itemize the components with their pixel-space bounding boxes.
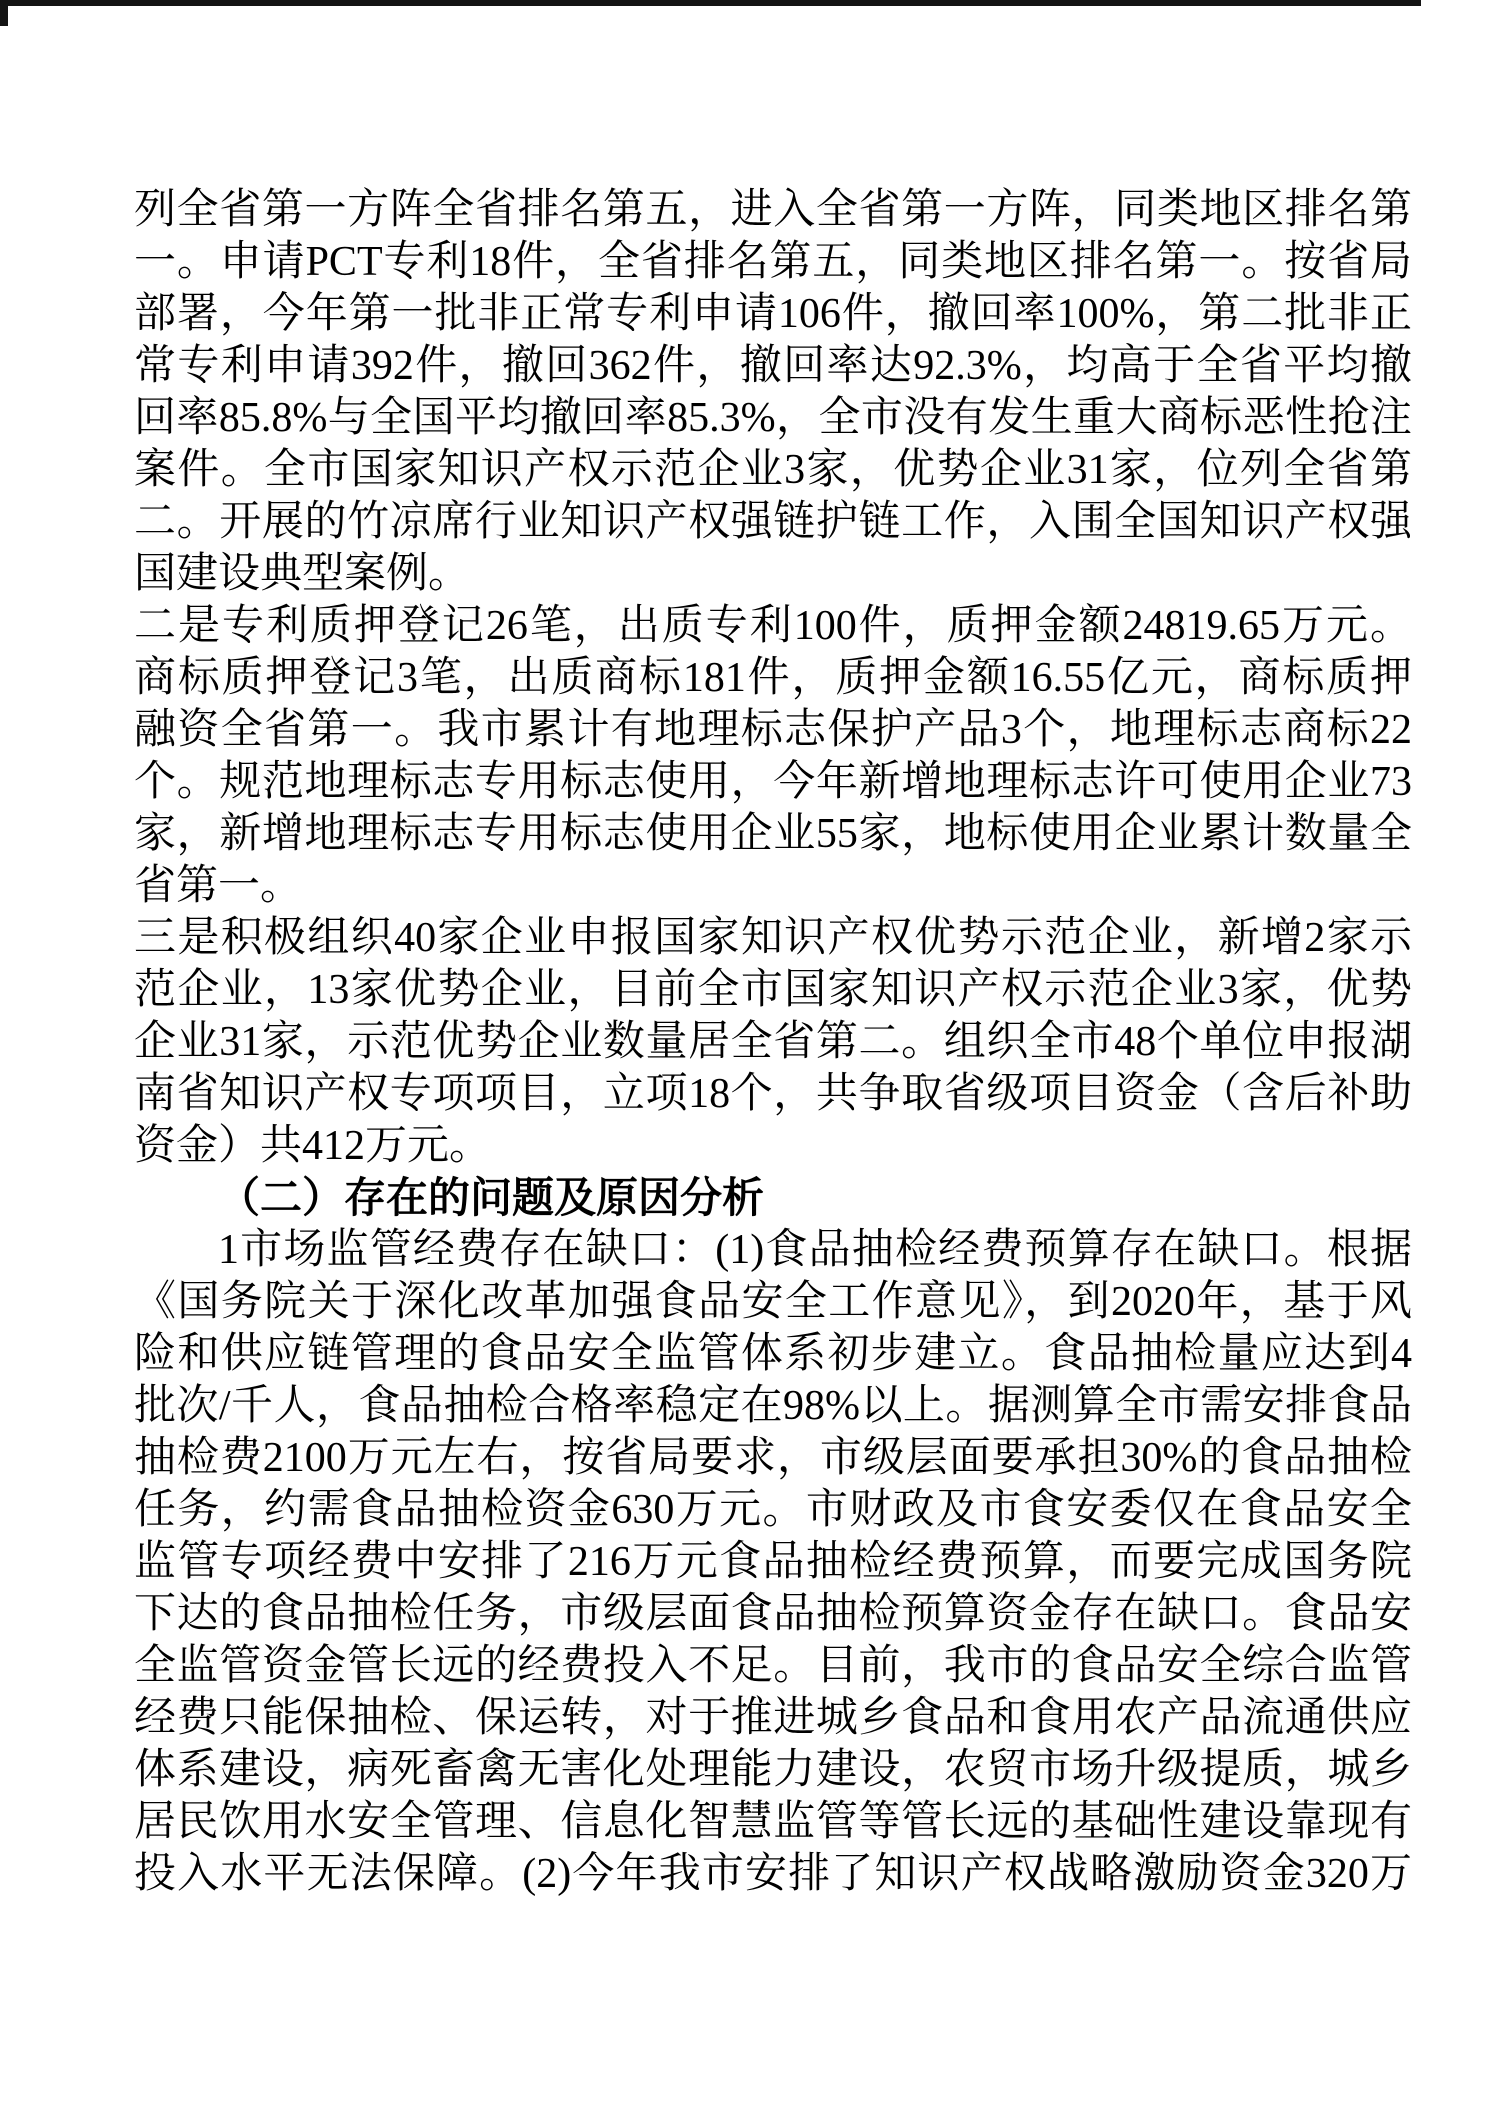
text-line: 回率85.8%与全国平均撤回率85.3%，全市没有发生重大商标恶性抢注 [134,392,1412,444]
text-line: 体系建设，病死畜禽无害化处理能力建设，农贸市场升级提质，城乡 [134,1744,1412,1796]
text-line: 险和供应链管理的食品安全监管体系初步建立。食品抽检量应达到4 [134,1328,1412,1380]
text-line: 南省知识产权专项项目，立项18个，共争取省级项目资金（含后补助 [134,1068,1412,1120]
text-line: 下达的食品抽检任务，市级层面食品抽检预算资金存在缺口。食品安 [134,1588,1412,1640]
text-line: 居民饮用水安全管理、信息化智慧监管等管长远的基础性建设靠现有 [134,1796,1412,1848]
text-line: 全监管资金管长远的经费投入不足。目前，我市的食品安全综合监管 [134,1640,1412,1692]
text-line: 二是专利质押登记26笔，出质专利100件，质押金额24819.65万元。 [134,600,1412,652]
text-line: 监管专项经费中安排了216万元食品抽检经费预算，而要完成国务院 [134,1536,1412,1588]
text-line: 任务，约需食品抽检资金630万元。市财政及市食安委仅在食品安全 [134,1484,1412,1536]
text-line: 企业31家，示范优势企业数量居全省第二。组织全市48个单位申报湖 [134,1016,1412,1068]
text-line: 1市场监管经费存在缺口：(1)食品抽检经费预算存在缺口。根据 [134,1224,1412,1276]
text-line: 商标质押登记3笔，出质商标181件，质押金额16.55亿元，商标质押 [134,652,1412,704]
text-line: 投入水平无法保障。(2)今年我市安排了知识产权战略激励资金320万 [134,1848,1412,1900]
text-line: 三是积极组织40家企业申报国家知识产权优势示范企业，新增2家示 [134,912,1412,964]
text-line: 经费只能保抽检、保运转，对于推进城乡食品和食用农产品流通供应 [134,1692,1412,1744]
text-line: 二。开展的竹凉席行业知识产权强链护链工作，入围全国知识产权强 [134,496,1412,548]
text-line: 省第一。 [134,860,1412,912]
section-heading: （二）存在的问题及原因分析 [134,1172,1412,1224]
text-line: 部署，今年第一批非正常专利申请106件，撤回率100%，第二批非正 [134,288,1412,340]
text-line: 家，新增地理标志专用标志使用企业55家，地标使用企业累计数量全 [134,808,1412,860]
text-line: 融资全省第一。我市累计有地理标志保护产品3个，地理标志商标22 [134,704,1412,756]
text-line: 批次/千人，食品抽检合格率稳定在98%以上。据测算全市需安排食品 [134,1380,1412,1432]
text-line: 《国务院关于深化改革加强食品安全工作意见》，到2020年，基于风 [134,1276,1412,1328]
scan-edge-corner-mark [0,0,8,26]
text-line: 列全省第一方阵全省排名第五，进入全省第一方阵，同类地区排名第 [134,184,1412,236]
text-line: 国建设典型案例。 [134,548,1412,600]
text-line: 资金）共412万元。 [134,1120,1412,1172]
text-line: 个。规范地理标志专用标志使用，今年新增地理标志许可使用企业73 [134,756,1412,808]
text-line: 一。申请PCT专利18件，全省排名第五，同类地区排名第一。按省局 [134,236,1412,288]
text-line: 范企业，13家优势企业，目前全市国家知识产权示范企业3家，优势 [134,964,1412,1016]
scan-edge-top-bar [0,0,1421,6]
document-text-block: 列全省第一方阵全省排名第五，进入全省第一方阵，同类地区排名第一。申请PCT专利1… [134,184,1412,1900]
text-line: 常专利申请392件，撤回362件，撤回率达92.3%，均高于全省平均撤 [134,340,1412,392]
document-page: { "page": { "background": "#ffffff", "to… [0,0,1488,2104]
text-line: 案件。全市国家知识产权示范企业3家，优势企业31家，位列全省第 [134,444,1412,496]
text-line: 抽检费2100万元左右，按省局要求，市级层面要承担30%的食品抽检 [134,1432,1412,1484]
